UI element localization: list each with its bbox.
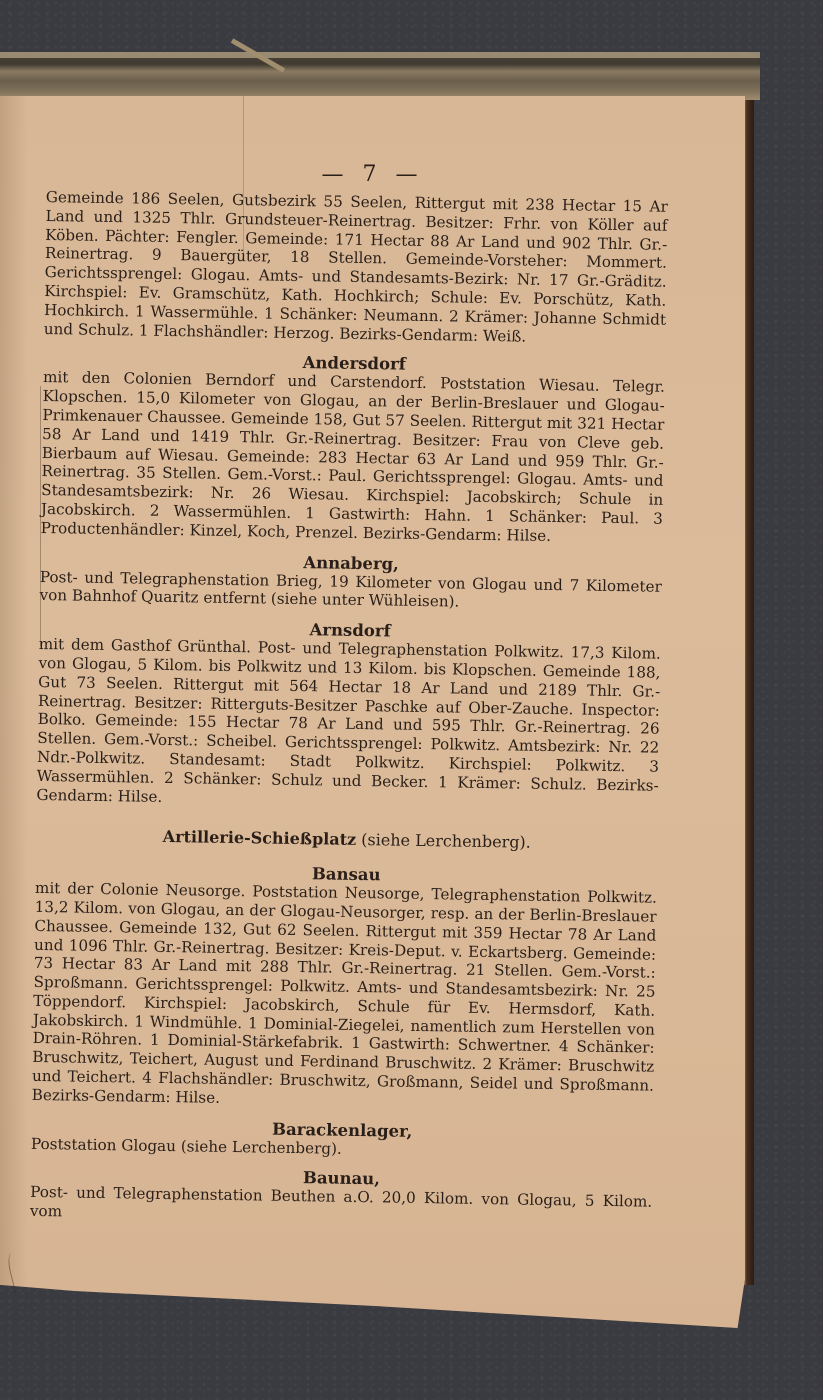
book-top-highlight xyxy=(0,52,760,58)
entry-body: mit dem Gasthof Grünthal. Post- und Tele… xyxy=(36,635,661,814)
entry-andersdorf: Andersdorf mit den Colonien Berndorf und… xyxy=(41,350,666,547)
page-number: — 7 — xyxy=(0,162,745,187)
entry-body: mit den Colonien Berndorf und Carstendor… xyxy=(41,368,666,547)
entry-annaberg: Annaberg, Post- und Telegraphenstation B… xyxy=(39,550,662,615)
entry-bansau: Bansau mit der Colonie Neusorge. Poststa… xyxy=(32,861,658,1114)
entry-continuation: Gemeinde 186 Seelen, Gutsbezirk 55 Seele… xyxy=(44,188,668,348)
entry-barackenlager: Barackenlager, Poststation Glogau (siehe… xyxy=(31,1117,654,1164)
crossref-title: Artillerie-Schießplatz xyxy=(163,827,357,849)
entry-artillerie-schiessplatz: Artillerie-Schießplatz (siehe Lerchenber… xyxy=(36,826,658,855)
entry-body: mit der Colonie Neusorge. Poststation Ne… xyxy=(32,879,657,1114)
entry-baunau: Baunau, Post- und Telegraphenstation Beu… xyxy=(30,1165,653,1230)
book-page: — 7 — Gemeinde 186 Seelen, Gutsbezirk 55… xyxy=(0,96,745,1328)
book-top-edge xyxy=(0,52,760,100)
page-content: Gemeinde 186 Seelen, Gutsbezirk 55 Seele… xyxy=(30,188,668,1243)
entry-arnsdorf: Arnsdorf mit dem Gasthof Grünthal. Post-… xyxy=(36,617,661,814)
crossref-text: (siehe Lerchenberg). xyxy=(361,830,531,852)
entry-body: Gemeinde 186 Seelen, Gutsbezirk 55 Seele… xyxy=(44,188,668,348)
